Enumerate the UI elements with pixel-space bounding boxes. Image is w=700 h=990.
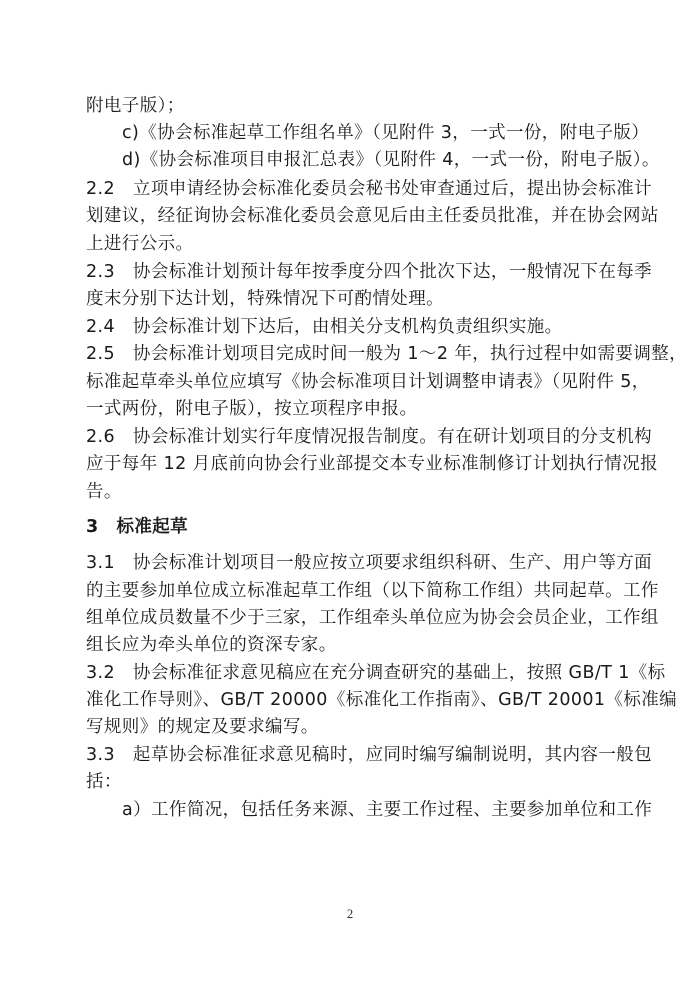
text-line: 组单位成员数量不少于三家，工作组牵头单位应为协会会员企业，工作组 [86,606,659,630]
text-line: 度末分别下达计划，特殊情况下可酌情处理。 [86,287,444,311]
section-heading: 3 标准起草 [86,515,188,539]
text-line: 附电子版）； [86,94,185,118]
text-line: 标准起草牵头单位应填写《协会标准项目计划调整申请表》（见附件 5， [86,370,650,394]
text-line: 2.2 立项申请经协会标准化委员会秘书处审查通过后，提出协会标准计 [86,177,652,201]
text-line: 一式两份，附电子版），按立项程序申报。 [86,397,417,421]
text-line: 告。 [86,480,122,504]
text-line: 3.3 起草协会标准征求意见稿时，应同时编写编制说明，其内容一般包 [86,743,652,767]
text-line: 括： [86,770,122,794]
text-line: 的主要参加单位成立标准起草工作组（以下简称工作组）共同起草。工作 [86,579,659,603]
text-line: 上进行公示。 [86,232,193,256]
text-line: 2.5 协会标准计划项目完成时间一般为 1～2 年，执行过程中如需要调整， [86,342,687,366]
text-line: 2.6 协会标准计划实行年度情况报告制度。有在研计划项目的分支机构 [86,425,652,449]
text-line: 组长应为牵头单位的资深专家。 [86,633,337,657]
text-line: 应于每年 12 月底前向协会行业部提交本专业标准制修订计划执行情况报 [86,452,658,476]
text-line: c)《协会标准起草工作组名单》（见附件 3，一式一份，附电子版） [122,121,649,145]
text-line: 2.3 协会标准计划预计每年按季度分四个批次下达，一般情况下在每季 [86,260,652,284]
text-line: a）工作简况，包括任务来源、主要工作过程、主要参加单位和工作 [122,798,652,822]
text-line: 准化工作导则》、GB/T 20000《标准化工作指南》、GB/T 20001《标… [86,688,677,712]
page-number: 2 [0,906,700,922]
text-line: 写规则》的规定及要求编写。 [86,715,319,739]
text-line: 3.1 协会标准计划项目一般应按立项要求组织科研、生产、用户等方面 [86,551,652,575]
text-line: 划建议，经征询协会标准化委员会意见后由主任委员批准，并在协会网站 [86,204,659,228]
text-line: 2.4 协会标准计划下达后，由相关分支机构负责组织实施。 [86,315,563,339]
text-line: d)《协会标准项目申报汇总表》（见附件 4，一式一份，附电子版）。 [122,148,660,172]
text-line: 3.2 协会标准征求意见稿应在充分调查研究的基础上，按照 GB/T 1《标 [86,661,666,685]
